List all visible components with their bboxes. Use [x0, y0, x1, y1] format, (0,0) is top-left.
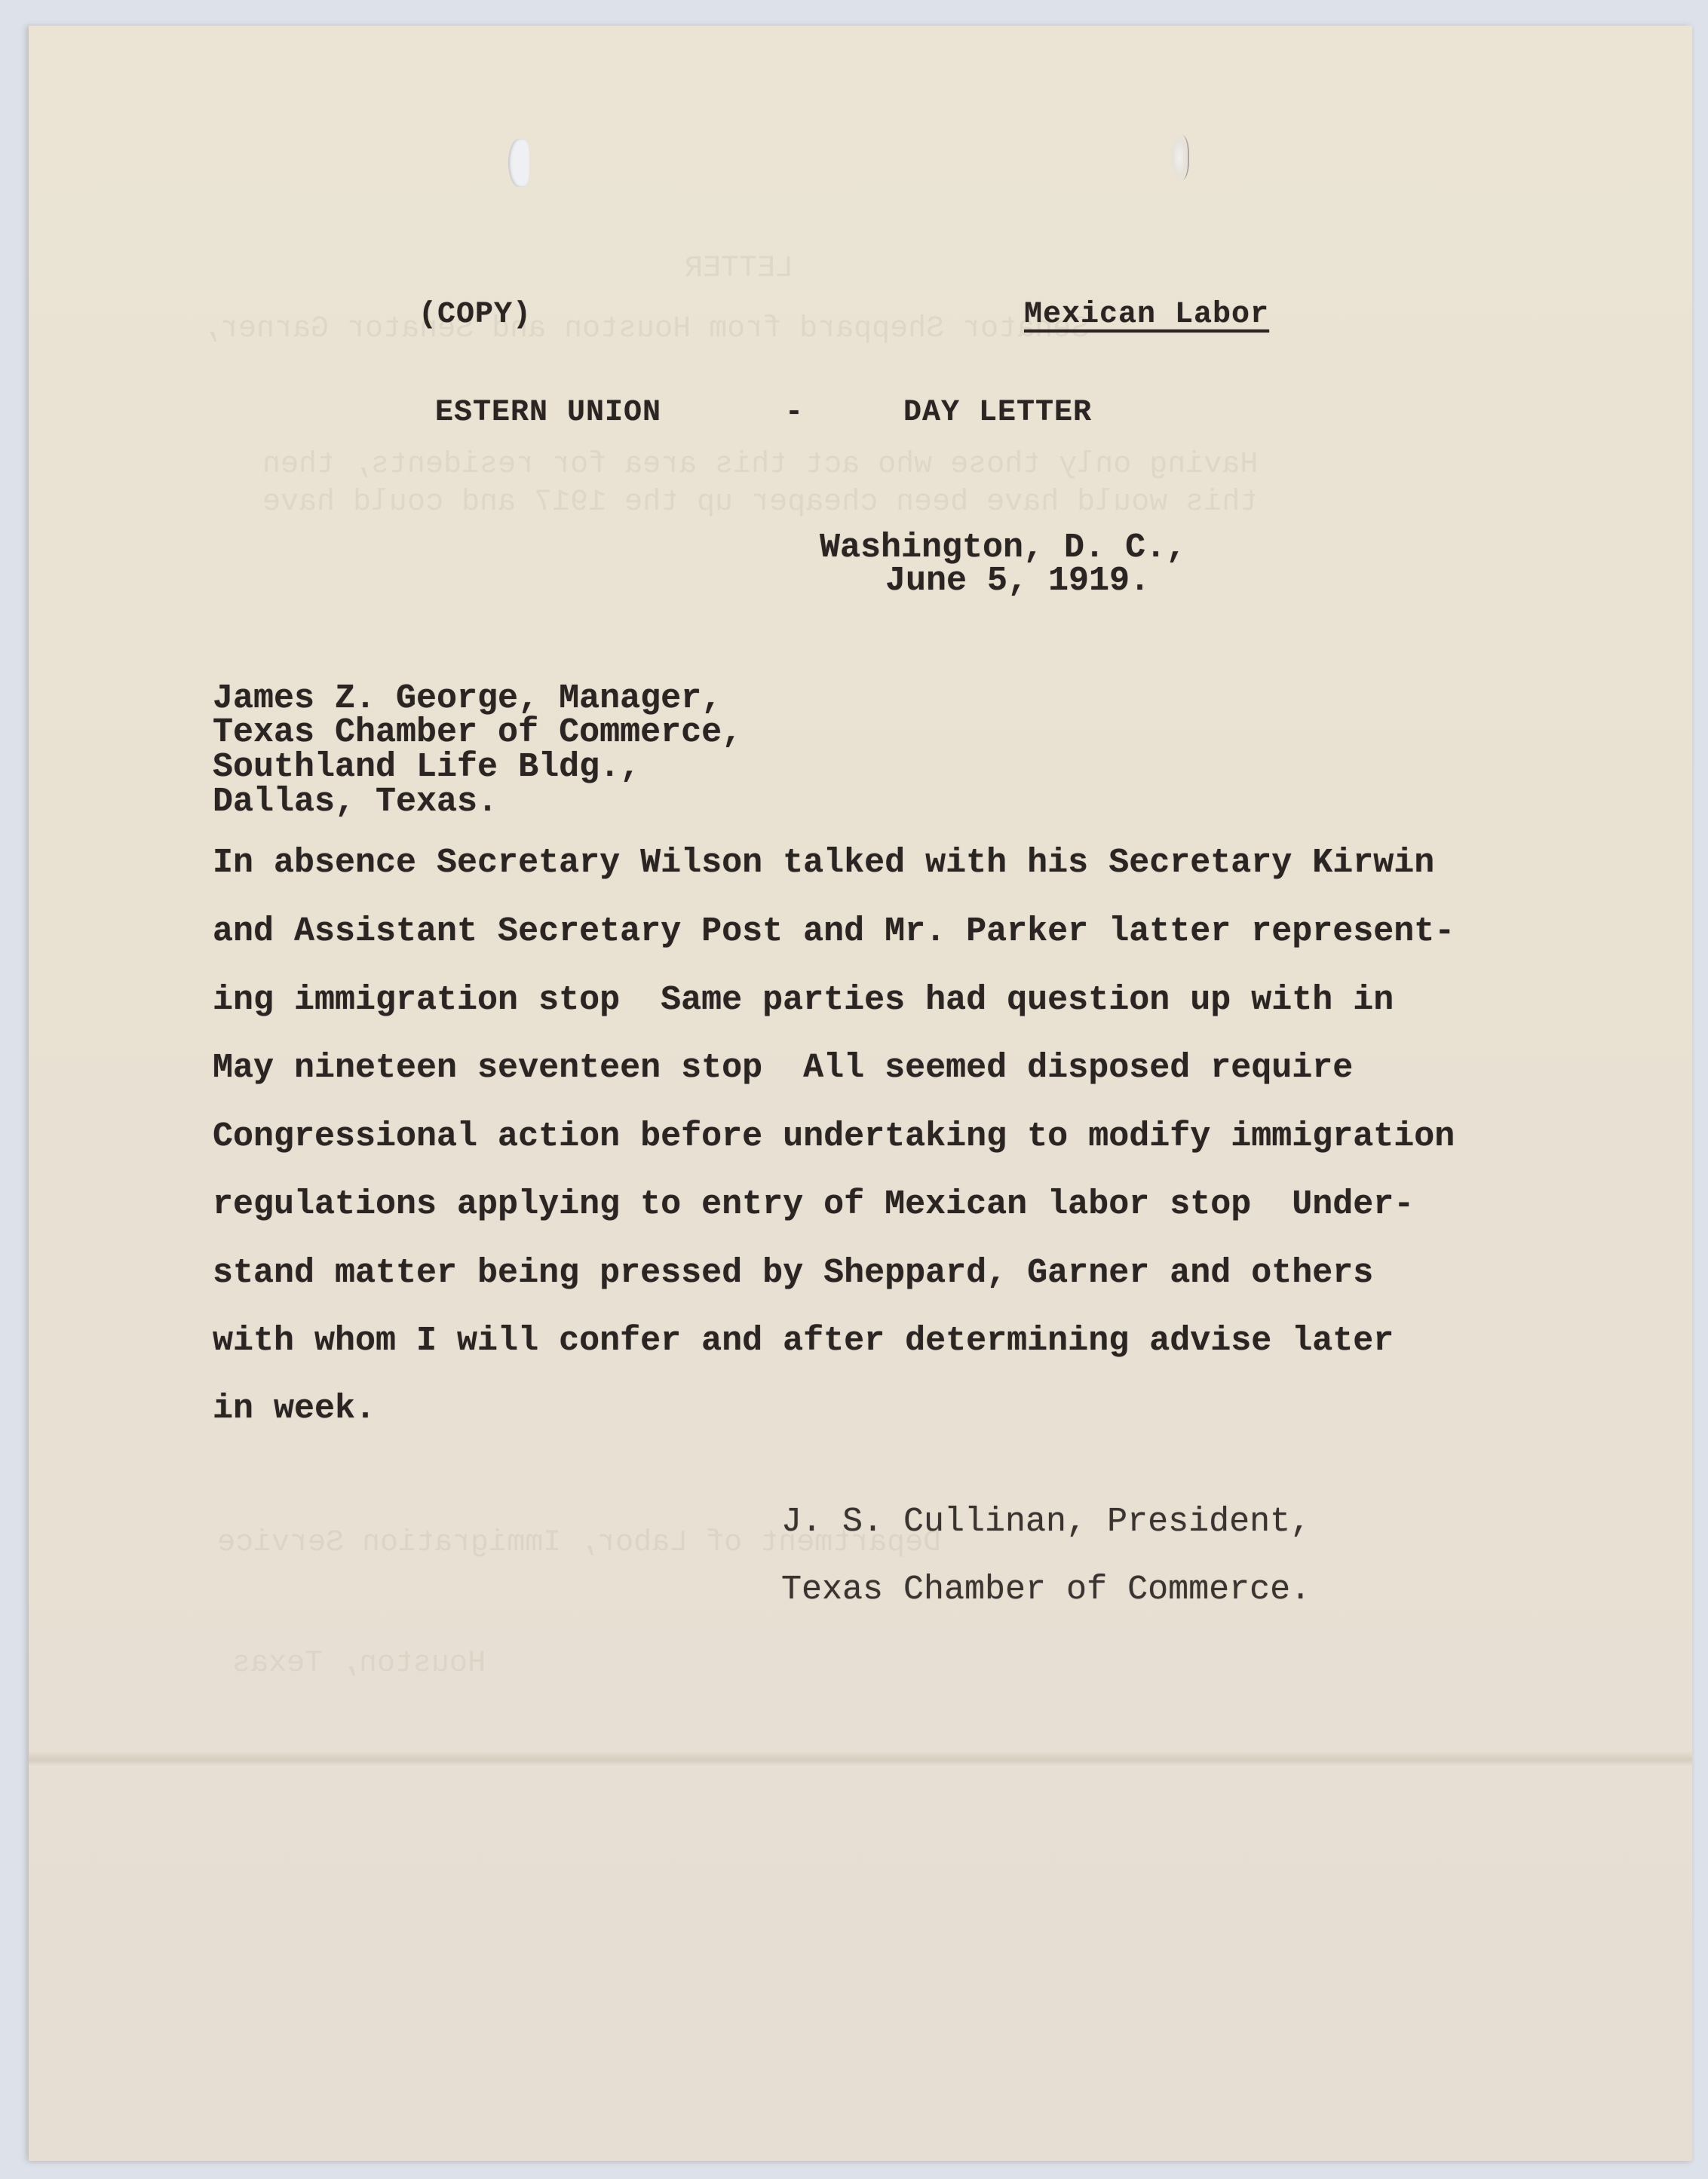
dateline-date: June 5, 1919.: [885, 564, 1150, 598]
document-page: LETTER Senator Sheppard from Houston and…: [29, 26, 1692, 2161]
telegram-type: DAY LETTER: [903, 398, 1092, 428]
addressee-line: Dallas, Texas.: [213, 785, 498, 819]
addressee-line: James Z. George, Manager,: [213, 682, 722, 716]
body-line: Congressional action before undertaking …: [213, 1120, 1455, 1154]
telegram-separator: -: [785, 398, 804, 428]
paper-fold-line: [29, 1751, 1692, 1767]
body-line: stand matter being pressed by Sheppard, …: [213, 1256, 1373, 1290]
addressee-line: Texas Chamber of Commerce,: [213, 716, 742, 749]
body-line: May nineteen seventeen stop All seemed d…: [213, 1051, 1353, 1085]
bleed-through-text: Senator Sheppard from Houston and Senato…: [202, 312, 1089, 346]
bleed-through-text: Having only those who act this area for …: [262, 448, 1258, 482]
addressee-line: Southland Life Bldg.,: [213, 750, 640, 784]
paper-tear-mark: [1171, 135, 1189, 180]
signature-line: Texas Chamber of Commerce.: [781, 1573, 1311, 1607]
dateline-place: Washington, D. C.,: [820, 531, 1186, 565]
punch-hole: [508, 139, 529, 187]
subject-tag: Mexican Labor: [1024, 300, 1269, 330]
body-line: regulations applying to entry of Mexican…: [213, 1188, 1414, 1221]
signature-line: J. S. Cullinan, President,: [781, 1505, 1311, 1539]
body-line: and Assistant Secretary Post and Mr. Par…: [213, 915, 1455, 949]
bleed-through-text: Houston, Texas: [232, 1647, 486, 1681]
bleed-through-text: LETTER: [685, 252, 793, 286]
bleed-through-text: this would have been cheaper up the 1917…: [262, 486, 1258, 519]
copy-marker: (COPY): [419, 300, 532, 330]
body-line: with whom I will confer and after determ…: [213, 1324, 1394, 1358]
body-line: ing immigration stop Same parties had qu…: [213, 983, 1394, 1017]
telegram-company: ESTERN UNION: [435, 398, 661, 428]
body-line: In absence Secretary Wilson talked with …: [213, 846, 1434, 880]
body-line: in week.: [213, 1392, 376, 1426]
